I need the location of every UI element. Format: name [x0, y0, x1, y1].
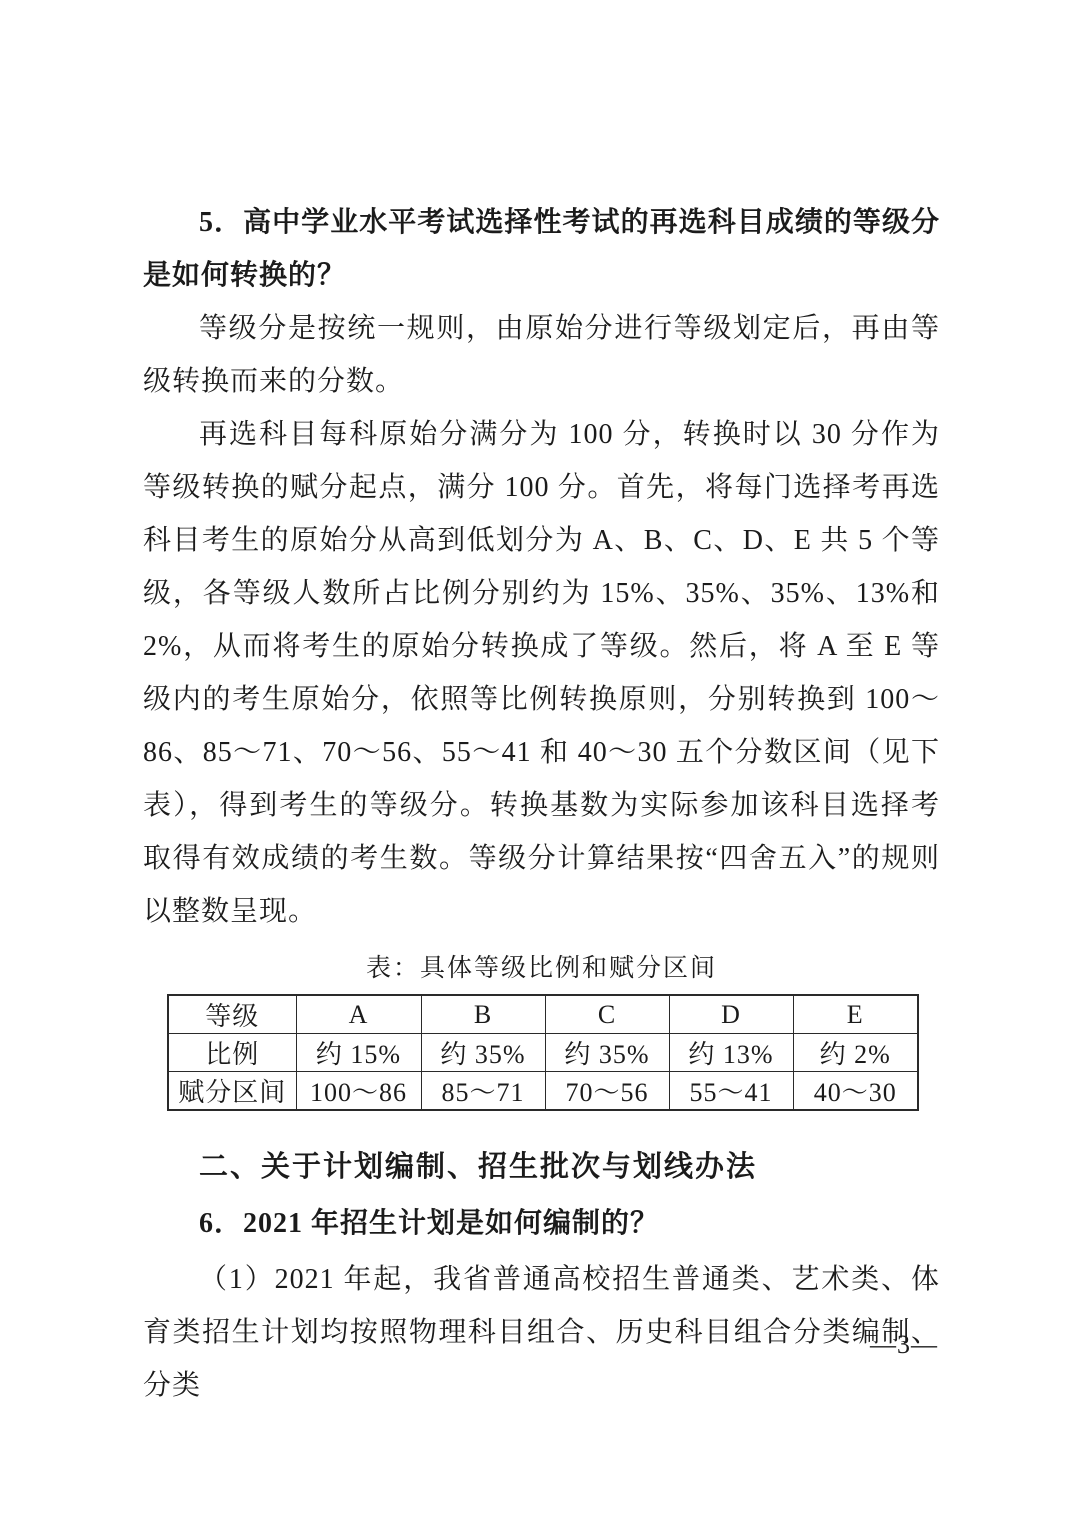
table-row-score-range: 赋分区间 100～86 85～71 70～56 55～41 40～30	[168, 1072, 918, 1111]
document-page: 5．高中学业水平考试选择性考试的再选科目成绩的等级分是如何转换的？ 等级分是按统…	[0, 0, 1080, 1527]
q5-paragraph-1: 等级分是按统一规则，由原始分进行等级划定后，再由等级转换而来的分数。	[143, 302, 940, 408]
table-row-proportion: 比例 约 15% 约 35% 约 35% 约 13% 约 2%	[168, 1034, 918, 1072]
grade-conversion-table: 等级 A B C D E 比例 约 15% 约 35% 约 35% 约 13% …	[167, 994, 919, 1111]
table-cell: 约 35%	[545, 1034, 669, 1072]
table-cell: 约 35%	[421, 1034, 545, 1072]
table-row-header: 赋分区间	[168, 1072, 296, 1111]
table-cell: E	[793, 995, 918, 1034]
table-cell: C	[545, 995, 669, 1034]
table-cell: 约 15%	[296, 1034, 421, 1072]
table-cell: 70～56	[545, 1072, 669, 1111]
table-cell: 约 2%	[793, 1034, 918, 1072]
question-6-heading: 6．2021 年招生计划是如何编制的？	[143, 1197, 940, 1250]
table-cell: 85～71	[421, 1072, 545, 1111]
table-cell: D	[669, 995, 793, 1034]
table-cell: 55～41	[669, 1072, 793, 1111]
table-row-grade: 等级 A B C D E	[168, 995, 918, 1034]
table-cell: B	[421, 995, 545, 1034]
table-cell: 100～86	[296, 1072, 421, 1111]
table-row-header: 比例	[168, 1034, 296, 1072]
question-5-heading: 5．高中学业水平考试选择性考试的再选科目成绩的等级分是如何转换的？	[143, 196, 940, 302]
table-row-header: 等级	[168, 995, 296, 1034]
page-content: 5．高中学业水平考试选择性考试的再选科目成绩的等级分是如何转换的？ 等级分是按统…	[143, 196, 940, 1412]
section-2-heading: 二、关于计划编制、招生批次与划线办法	[143, 1141, 940, 1194]
table-cell: 约 13%	[669, 1034, 793, 1072]
table-cell: A	[296, 995, 421, 1034]
table-title: 表：具体等级比例和赋分区间	[143, 952, 940, 986]
table-cell: 40～30	[793, 1072, 918, 1111]
q6-paragraph-1: （1）2021 年起，我省普通高校招生普通类、艺术类、体育类招生计划均按照物理科…	[143, 1253, 940, 1412]
q5-paragraph-2: 再选科目每科原始分满分为 100 分，转换时以 30 分作为等级转换的赋分起点，…	[143, 408, 940, 938]
page-number: —3—	[870, 1330, 938, 1360]
